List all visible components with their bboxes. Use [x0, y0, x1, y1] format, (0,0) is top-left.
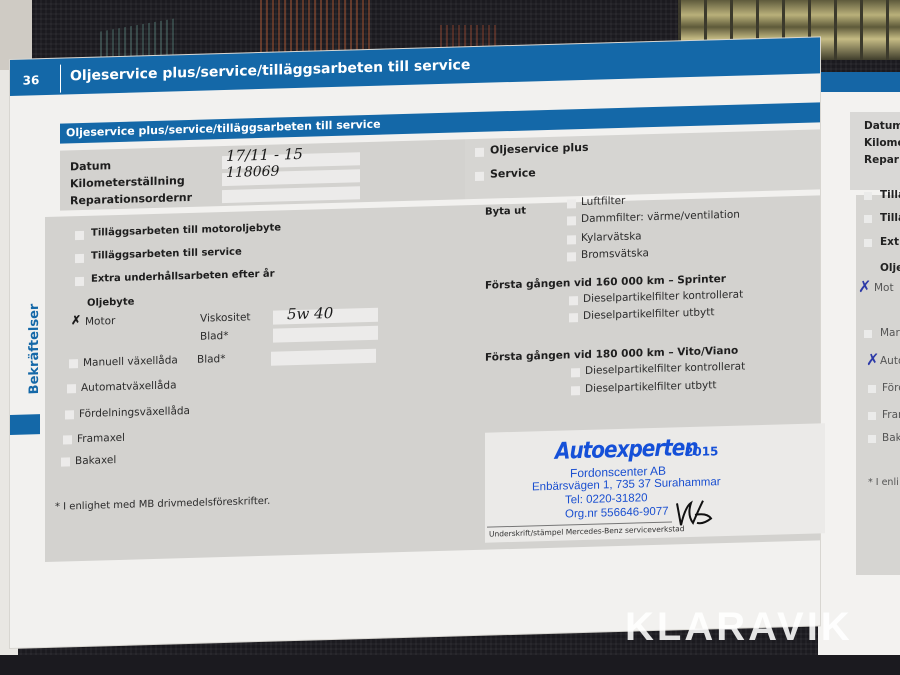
- right-page: Datum Kilome Repar Tillä Tillä Ext Olje …: [818, 72, 900, 662]
- checkbox[interactable]: [864, 215, 872, 223]
- checkbox[interactable]: [868, 435, 876, 443]
- right-page-label: Repar: [864, 154, 899, 166]
- oljeservice-plus-checkbox[interactable]: [475, 148, 484, 157]
- rear-axle-checkbox[interactable]: [61, 457, 70, 466]
- right-page-label: Tillä: [880, 189, 900, 201]
- front-axle-label: Framaxel: [77, 432, 125, 445]
- air-filter-checkbox[interactable]: [567, 199, 576, 208]
- sprinter-dpf-checked-checkbox[interactable]: [569, 296, 578, 305]
- checkbox[interactable]: [864, 330, 872, 338]
- right-page-label: Auto: [880, 355, 900, 367]
- viscosity-value: 5w 40: [287, 304, 333, 323]
- air-filter-label: Luftfilter: [581, 195, 625, 208]
- stamp-year: 2015: [685, 444, 718, 459]
- right-page-label: Mot: [874, 282, 894, 294]
- checkbox[interactable]: [868, 412, 876, 420]
- transfer-case-checkbox[interactable]: [65, 410, 74, 419]
- dust-filter-label: Dammfilter: värme/ventilation: [581, 209, 740, 225]
- transfer-case-label: Fördelningsväxellåda: [79, 405, 190, 420]
- sheet-label-2: Blad*: [197, 353, 225, 366]
- stamp-company: Autoexperten: [555, 433, 698, 465]
- watermark-logo: KLARAVIK: [625, 605, 853, 650]
- checkbox[interactable]: [864, 239, 872, 247]
- additional-service-checkbox[interactable]: [75, 254, 84, 263]
- right-page-label: Mar: [880, 327, 900, 339]
- date-label: Datum: [70, 159, 111, 173]
- right-page-footnote: * I enli: [868, 477, 899, 488]
- right-page-label: Tillä: [880, 212, 900, 224]
- brake-fluid-label: Bromsvätska: [581, 247, 649, 261]
- sprinter-title: Första gången vid 160 000 km – Sprinter: [485, 273, 726, 292]
- right-page-label: Olje: [880, 262, 900, 274]
- motor-check-mark-icon: ✗: [71, 313, 81, 327]
- oljeservice-plus-label: Oljeservice plus: [490, 141, 589, 157]
- front-axle-checkbox[interactable]: [63, 435, 72, 444]
- sprinter-dpf-checked-label: Dieselpartikelfilter kontrollerat: [583, 289, 743, 305]
- motoroljebyte-label: Tilläggsarbeten till motoroljebyte: [91, 222, 281, 238]
- automatic-gearbox-checkbox[interactable]: [67, 384, 76, 393]
- checkbox[interactable]: [868, 385, 876, 393]
- main-form-box: Tilläggsarbeten till motoroljebyte Tillä…: [45, 195, 820, 562]
- viscosity-label: Viskositet: [200, 311, 251, 324]
- replace-title: Byta ut: [485, 206, 526, 218]
- annual-maintenance-checkbox[interactable]: [75, 277, 84, 286]
- service-checkbox[interactable]: [475, 172, 484, 181]
- sheet-field[interactable]: [273, 326, 378, 343]
- sprinter-dpf-replaced-label: Dieselpartikelfilter utbytt: [583, 306, 715, 322]
- section-title: Oljeservice plus/service/tilläggsarbeten…: [66, 118, 381, 140]
- dust-filter-checkbox[interactable]: [567, 216, 576, 225]
- stamp-address: Enbärsvägen 1, 735 37 Surahammar: [532, 476, 721, 493]
- manual-gearbox-label: Manuell växellåda: [83, 354, 178, 369]
- header-fields-box: Datum Kilometerställning Reparationsorde…: [60, 139, 465, 210]
- right-page-label: Fran: [882, 409, 900, 421]
- stamp-org: Org.nr 556646-9077: [565, 506, 669, 521]
- brake-fluid-checkbox[interactable]: [567, 252, 576, 261]
- oil-change-title: Oljebyte: [87, 297, 134, 309]
- sheet-field-2[interactable]: [271, 349, 376, 366]
- coolant-checkbox[interactable]: [567, 235, 576, 244]
- manual-gearbox-checkbox[interactable]: [69, 359, 78, 368]
- motoroljebyte-checkbox[interactable]: [75, 231, 84, 240]
- vito-dpf-checked-checkbox[interactable]: [571, 368, 580, 377]
- additional-service-label: Tilläggsarbeten till service: [91, 247, 242, 262]
- vito-dpf-replaced-checkbox[interactable]: [571, 386, 580, 395]
- service-type-box: Oljeservice plus Service: [465, 129, 820, 199]
- right-page-label: Kilome: [864, 137, 900, 149]
- odometer-value: 118069: [226, 163, 279, 180]
- service-page: 36 Oljeservice plus/service/tilläggsarbe…: [10, 37, 820, 648]
- motor-label: Motor: [85, 315, 115, 328]
- page-number: 36: [10, 67, 52, 96]
- rear-axle-label: Bakaxel: [75, 454, 116, 467]
- odometer-label: Kilometerställning: [70, 174, 185, 190]
- vito-dpf-replaced-label: Dieselpartikelfilter utbytt: [585, 379, 717, 395]
- stamp-area: Autoexperten 2015 Fordonscenter AB Enbär…: [485, 423, 825, 542]
- page-title: Oljeservice plus/service/tilläggsarbeten…: [70, 57, 470, 84]
- right-page-label: Datum: [864, 120, 900, 132]
- side-tab-label: Bekräftelser: [27, 303, 42, 394]
- check-mark-icon: ✗: [858, 277, 871, 296]
- sprinter-dpf-replaced-checkbox[interactable]: [569, 313, 578, 322]
- check-mark-icon: ✗: [866, 350, 879, 369]
- background-fabric-bottom: [0, 655, 900, 675]
- annual-maintenance-label: Extra underhållsarbeten efter år: [91, 269, 275, 285]
- right-page-label: Bak: [882, 432, 900, 444]
- footnote: * I enlighet med MB drivmedelsföreskrift…: [55, 496, 270, 513]
- repair-order-label: Reparationsordernr: [70, 191, 192, 207]
- vito-dpf-checked-label: Dieselpartikelfilter kontrollerat: [585, 360, 745, 376]
- right-page-label: Förd: [882, 382, 900, 394]
- stamp-phone: Tel: 0220-31820: [565, 492, 647, 506]
- automatic-gearbox-label: Automatväxellåda: [81, 379, 177, 394]
- sheet-label: Blad*: [200, 330, 228, 343]
- right-page-label: Ext: [880, 236, 899, 248]
- side-tab: Bekräftelser: [10, 259, 50, 410]
- checkbox[interactable]: [864, 192, 872, 200]
- date-value: 17/11 - 15: [226, 145, 303, 165]
- repair-order-field[interactable]: [222, 186, 360, 203]
- service-label: Service: [490, 166, 536, 180]
- coolant-label: Kylarvätska: [581, 230, 642, 244]
